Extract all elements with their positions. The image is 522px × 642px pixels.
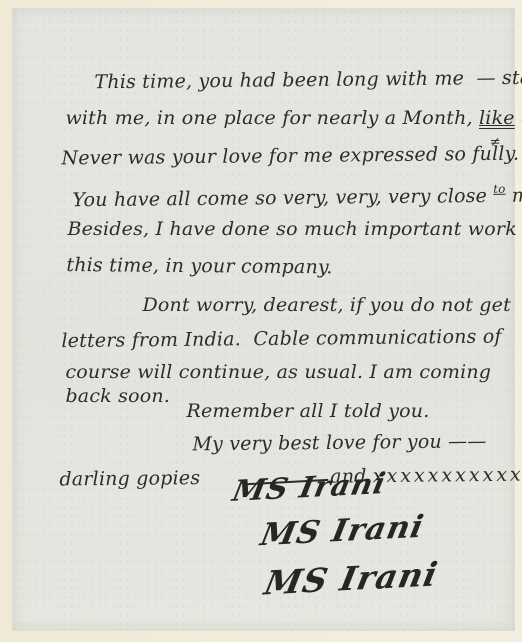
letter-scan: This time, you had been long with me — s… bbox=[12, 8, 515, 631]
kisses-row: xxxxxxxxxxxxxxx bbox=[373, 463, 522, 487]
signature-2: MS Irani bbox=[258, 509, 428, 553]
signature-3: MS Irani bbox=[261, 555, 441, 603]
line-text: darling gopies bbox=[59, 467, 200, 490]
book-page: This time, you had been long with me — s… bbox=[0, 0, 522, 642]
